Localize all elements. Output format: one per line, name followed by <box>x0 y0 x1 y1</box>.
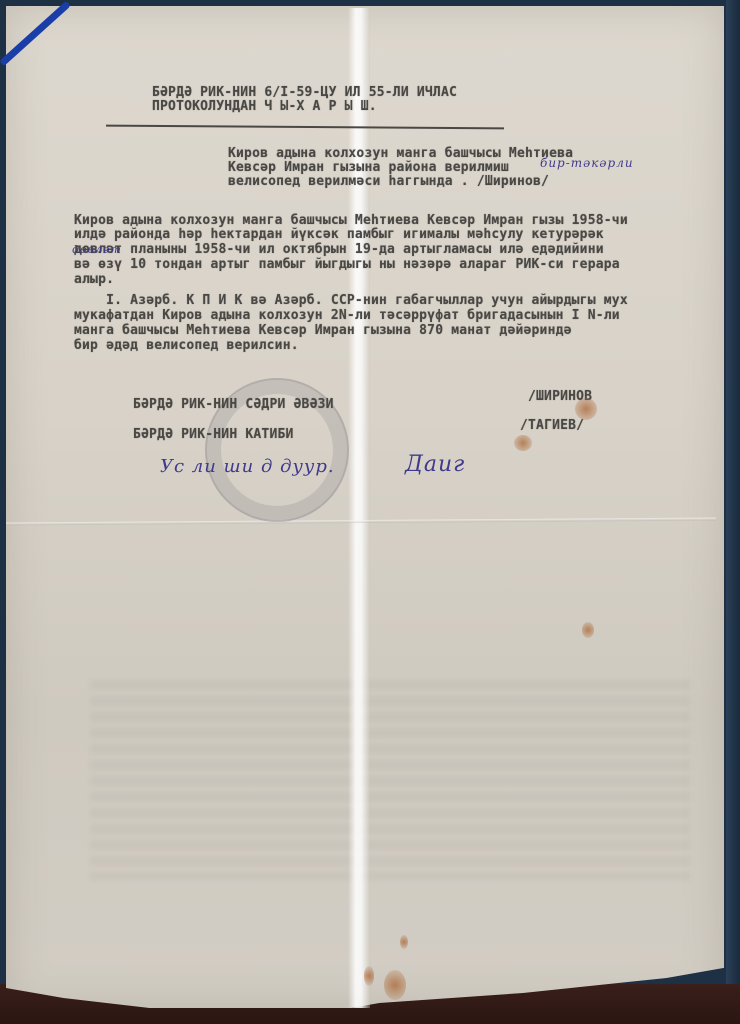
folder-edge <box>726 0 740 1024</box>
body-line-2: илдә районда һәр һектардан йүксәк памбыг… <box>74 228 604 242</box>
subject-line-1: Киров адына колхозун манга башчысы Меһти… <box>228 147 573 161</box>
rust-stain <box>514 435 532 451</box>
rust-stain <box>364 966 374 986</box>
resolution-line-2: мукафатдан Киров адына колхозун 2N-ли тә… <box>74 309 620 323</box>
rust-stain <box>582 622 594 638</box>
resolution-line-3: манга башчысы Меһтиева Кевсәр Имран гызы… <box>74 324 572 338</box>
rust-stain <box>575 398 597 420</box>
handwritten-certification-note: Ус ли ши д дуур. <box>160 456 335 477</box>
body-line-5: алыр. <box>74 273 114 287</box>
secretary-name: /ТАГИЕВ/ <box>520 419 584 433</box>
subject-line-3: велисопед верилмәси һаггында . /Ширинов/ <box>228 175 549 189</box>
subject-handwritten-insert: бир-тәкәрли <box>540 156 634 170</box>
document-header-line-2: ПРОТОКОЛУНДАН Ч Ы-Х А Р Ы Ш. <box>152 100 377 114</box>
subject-line-2: Кевсәр Имран гызына района верилмиш <box>228 161 509 175</box>
body-line-1: Киров адына колхозун манга башчысы Меһти… <box>74 214 628 228</box>
body-line-3: дөвләт планыны 1958-чи ил октябрын 19-да… <box>74 243 604 257</box>
body-line-4: вә өзү 10 тондан артыг памбыг йыгдыгы ны… <box>74 258 620 272</box>
handwritten-signature: Даиг <box>405 452 465 477</box>
secretary-title: БӘРДӘ РИК-НИН КАТИБИ <box>133 428 294 442</box>
chairman-title: БӘРДӘ РИК-НИН СӘДРИ ӘВӘЗИ <box>133 398 334 412</box>
document-header-line-1: БӘРДӘ РИК-НИН 6/I-59-ЦУ ИЛ 55-ЛИ ИЧЛАС <box>152 86 457 100</box>
resolution-line-4: бир әдәд велисопед верилсин. <box>74 339 299 353</box>
rust-stain <box>400 935 408 949</box>
resolution-line-1: I. Азәрб. К П И К вә Азәрб. ССР-нин габа… <box>74 294 628 308</box>
bleed-through-text <box>90 680 690 880</box>
rust-stain <box>384 970 406 1000</box>
body-handwritten-correction: дөвләт <box>72 243 122 256</box>
